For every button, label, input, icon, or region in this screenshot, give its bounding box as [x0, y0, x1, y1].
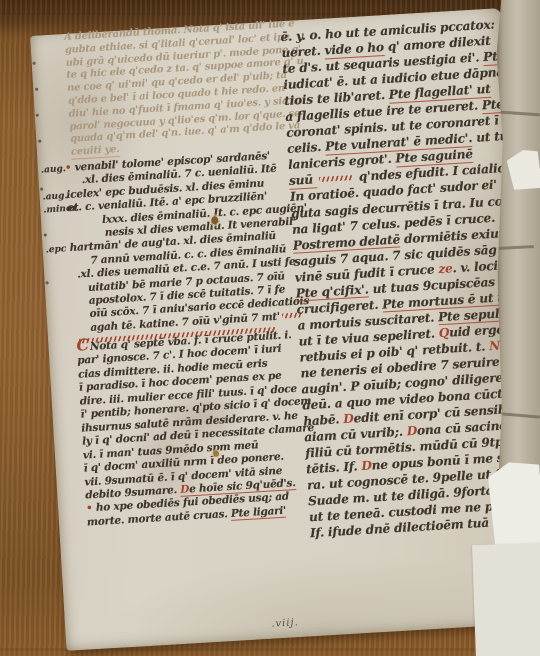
tear-crack — [498, 245, 534, 250]
red-squiggle-filler — [319, 176, 353, 183]
manuscript-page: A deliberandū thoma. Nota q' ista uii' i… — [30, 8, 538, 651]
faded-text-block: A deliberandū thoma. Nota q' ista uii' i… — [64, 18, 303, 160]
margin-label: .epc — [45, 244, 66, 259]
folio-number: .viij. — [271, 617, 299, 630]
manuscript-photo: A deliberandū thoma. Nota q' ista uii' i… — [0, 0, 540, 656]
binding-hole — [40, 187, 43, 190]
tear-crack — [500, 111, 540, 117]
manuscript-text: celis. — [287, 140, 326, 156]
binding-hole — [36, 114, 39, 117]
tear-crack — [502, 412, 540, 418]
binding-hole — [38, 140, 41, 143]
rubric-text: C — [76, 335, 90, 355]
rubric-text: ze — [438, 261, 453, 276]
manuscript-text: ueret. — [281, 44, 325, 61]
binding-hole — [44, 233, 47, 236]
binding-hole — [33, 62, 36, 65]
nota-paragraph-block: CNota q' septē vba. f. ī cruce ptulit. i… — [76, 325, 312, 529]
binding-hole — [46, 281, 49, 284]
binding-hole — [35, 88, 38, 91]
manuscript-text: ceuiti ye. — [71, 144, 120, 159]
manuscript-text: Pte ligari' — [231, 505, 287, 522]
repair-patch — [487, 460, 540, 549]
repair-patch — [472, 543, 540, 656]
indulgence-list-block: .aug.• venabil' tolome' episcop' sardanē… — [65, 149, 301, 350]
margin-label: .aug. — [41, 163, 67, 178]
manuscript-text: habē. — [303, 412, 344, 428]
rubric-text: N — [489, 339, 501, 354]
